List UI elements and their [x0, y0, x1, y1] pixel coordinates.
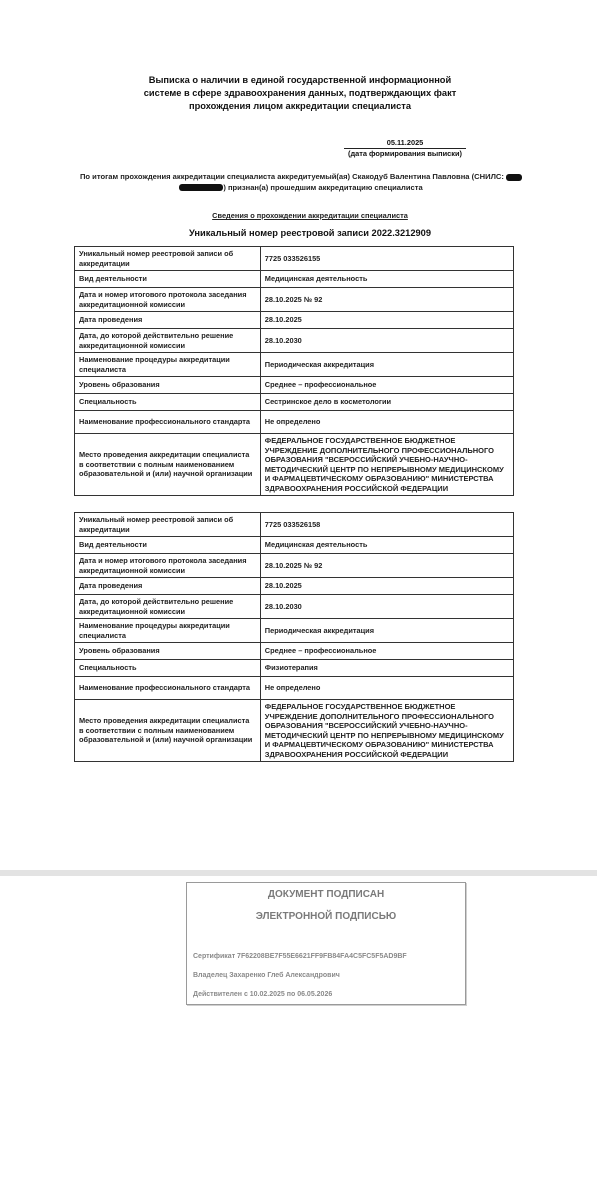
field-label: Наименование профессионального стандарта	[75, 411, 261, 434]
field-value: Медицинская деятельность	[260, 271, 513, 288]
field-value: Периодическая аккредитация	[260, 619, 513, 643]
field-label: Уровень образования	[75, 643, 261, 660]
registry-title: Уникальный номер реестровой записи 2022.…	[120, 228, 500, 238]
snils-redaction	[179, 184, 223, 191]
table-row: Наименование профессионального стандарта…	[75, 677, 514, 700]
field-label: Наименование процедуры аккредитации спец…	[75, 619, 261, 643]
field-label: Дата проведения	[75, 312, 261, 329]
field-label: Дата и номер итогового протокола заседан…	[75, 288, 261, 312]
table-row: Уникальный номер реестровой записи об ак…	[75, 513, 514, 537]
field-value: 7725 033526158	[260, 513, 513, 537]
table-row: Место проведения аккредитации специалист…	[75, 700, 514, 762]
accreditation-record-table: Уникальный номер реестровой записи об ак…	[74, 512, 514, 762]
title-line: прохождения лицом аккредитации специалис…	[120, 100, 480, 113]
certificate-validity: Действителен с 10.02.2025 по 06.05.2026	[193, 991, 332, 998]
title-line: Выписка о наличии в единой государственн…	[120, 74, 480, 87]
intro-text-part1: По итогам прохождения аккредитации специ…	[80, 172, 506, 181]
field-value: 28.10.2025	[260, 578, 513, 595]
field-value: 28.10.2025 № 92	[260, 554, 513, 578]
field-value: Среднее – профессиональное	[260, 377, 513, 394]
field-value: 7725 033526155	[260, 247, 513, 271]
stamp-heading: ДОКУМЕНТ ПОДПИСАН	[187, 889, 465, 900]
field-value: ФЕДЕРАЛЬНОЕ ГОСУДАРСТВЕННОЕ БЮДЖЕТНОЕ УЧ…	[260, 434, 513, 496]
field-label: Дата и номер итогового протокола заседан…	[75, 554, 261, 578]
table-row: Уровень образованияСреднее – профессиона…	[75, 377, 514, 394]
table-row: Дата проведения28.10.2025	[75, 578, 514, 595]
table-row: СпециальностьСестринское дело в косметол…	[75, 394, 514, 411]
field-label: Дата, до которой действительно решение а…	[75, 595, 261, 619]
field-value: Сестринское дело в косметологии	[260, 394, 513, 411]
field-label: Уникальный номер реестровой записи об ак…	[75, 513, 261, 537]
certificate-owner: Владелец Захаренко Глеб Александрович	[193, 972, 340, 979]
field-value: Не определено	[260, 411, 513, 434]
field-label: Наименование процедуры аккредитации спец…	[75, 353, 261, 377]
issue-date: 05.11.2025	[344, 138, 466, 149]
table-row: Дата и номер итогового протокола заседан…	[75, 288, 514, 312]
table-row: Наименование процедуры аккредитации спец…	[75, 619, 514, 643]
field-label: Наименование профессионального стандарта	[75, 677, 261, 700]
field-value: ФЕДЕРАЛЬНОЕ ГОСУДАРСТВЕННОЕ БЮДЖЕТНОЕ УЧ…	[260, 700, 513, 762]
field-value: Не определено	[260, 677, 513, 700]
field-label: Дата проведения	[75, 578, 261, 595]
field-label: Специальность	[75, 394, 261, 411]
field-value: 28.10.2025	[260, 312, 513, 329]
field-label: Место проведения аккредитации специалист…	[75, 434, 261, 496]
page-separator	[0, 870, 597, 876]
field-label: Место проведения аккредитации специалист…	[75, 700, 261, 762]
table-row: Дата, до которой действительно решение а…	[75, 595, 514, 619]
field-label: Уровень образования	[75, 377, 261, 394]
accreditation-record-table: Уникальный номер реестровой записи об ак…	[74, 246, 514, 496]
intro-paragraph: По итогам прохождения аккредитации специ…	[76, 172, 526, 193]
field-value: Физиотерапия	[260, 660, 513, 677]
intro-text-part2: ) признан(а) прошедшим аккредитацию спец…	[223, 183, 422, 192]
table-row: Вид деятельностиМедицинская деятельность	[75, 537, 514, 554]
field-value: Медицинская деятельность	[260, 537, 513, 554]
field-value: 28.10.2030	[260, 329, 513, 353]
field-label: Специальность	[75, 660, 261, 677]
table-row: Дата проведения28.10.2025	[75, 312, 514, 329]
table-row: Уровень образованияСреднее – профессиона…	[75, 643, 514, 660]
field-value: Периодическая аккредитация	[260, 353, 513, 377]
table-row: Дата и номер итогового протокола заседан…	[75, 554, 514, 578]
certificate-number: Сертификат 7F62208BE7F55E6621FF9FB84FA4C…	[193, 953, 407, 960]
field-value: 28.10.2025 № 92	[260, 288, 513, 312]
document-title: Выписка о наличии в единой государственн…	[120, 74, 480, 113]
table-row: Наименование процедуры аккредитации спец…	[75, 353, 514, 377]
field-label: Вид деятельности	[75, 537, 261, 554]
issue-date-block: 05.11.2025 (дата формирования выписки)	[344, 138, 466, 159]
table-row: Наименование профессионального стандарта…	[75, 411, 514, 434]
snils-redaction	[506, 174, 522, 181]
field-label: Дата, до которой действительно решение а…	[75, 329, 261, 353]
section-title: Сведения о прохождении аккредитации спец…	[150, 211, 470, 220]
field-value: 28.10.2030	[260, 595, 513, 619]
table-row: Уникальный номер реестровой записи об ак…	[75, 247, 514, 271]
stamp-heading: ЭЛЕКТРОННОЙ ПОДПИСЬЮ	[187, 911, 465, 922]
electronic-signature-stamp: ДОКУМЕНТ ПОДПИСАН ЭЛЕКТРОННОЙ ПОДПИСЬЮ С…	[186, 882, 466, 1005]
field-label: Вид деятельности	[75, 271, 261, 288]
table-row: Место проведения аккредитации специалист…	[75, 434, 514, 496]
document-page: Выписка о наличии в единой государственн…	[0, 0, 597, 870]
field-label: Уникальный номер реестровой записи об ак…	[75, 247, 261, 271]
title-line: системе в сфере здравоохранения данных, …	[120, 87, 480, 100]
table-row: СпециальностьФизиотерапия	[75, 660, 514, 677]
field-value: Среднее – профессиональное	[260, 643, 513, 660]
issue-date-caption: (дата формирования выписки)	[344, 149, 466, 159]
table-row: Вид деятельностиМедицинская деятельность	[75, 271, 514, 288]
table-row: Дата, до которой действительно решение а…	[75, 329, 514, 353]
